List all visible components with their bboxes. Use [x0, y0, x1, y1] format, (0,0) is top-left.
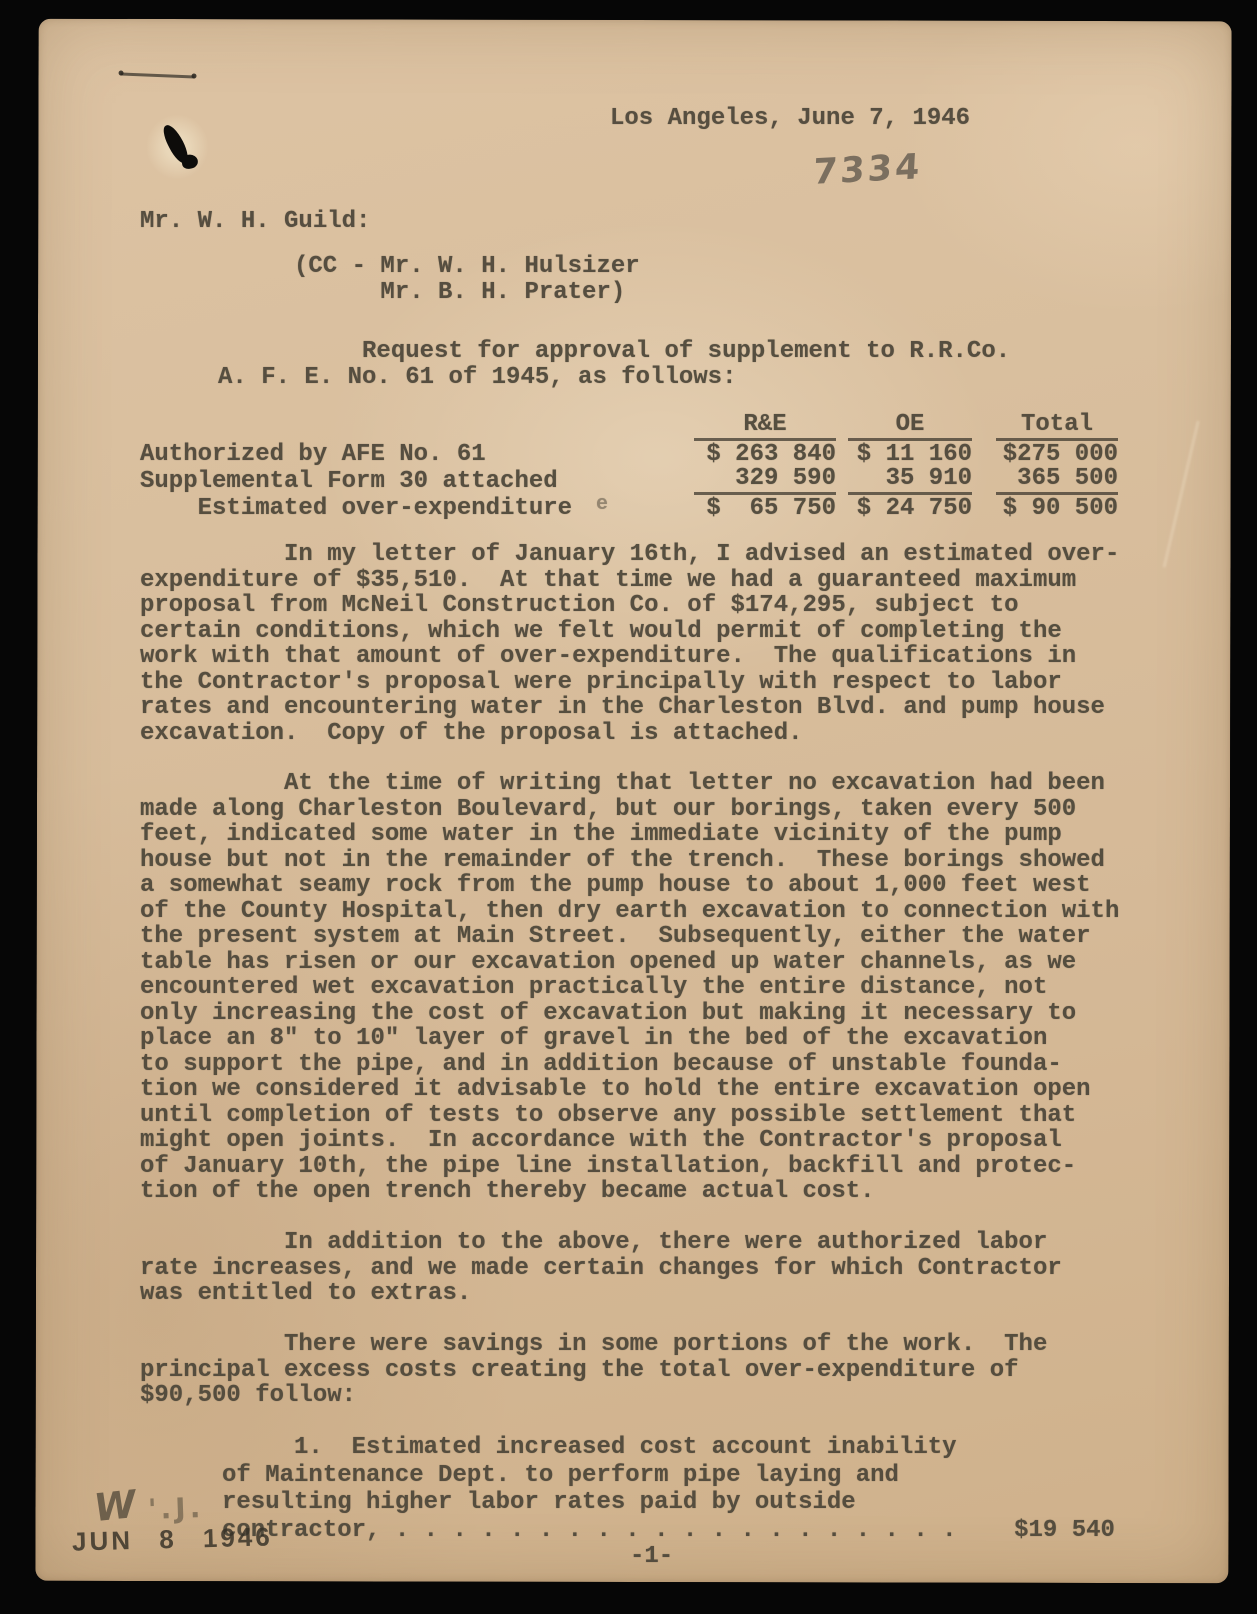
- paragraph-2: At the time of writing that letter no ex…: [140, 771, 1119, 1205]
- row-label: Estimated over-expenditure: [140, 496, 694, 522]
- column-header-oe: OE: [848, 412, 972, 441]
- table-row: Supplemental Form 30 attached 329 590 35…: [140, 468, 1118, 495]
- re-value: $ 65 750: [694, 496, 836, 522]
- paragraph-3: In addition to the above, there were aut…: [140, 1230, 1062, 1307]
- oe-value: $ 24 750: [848, 496, 972, 522]
- scanner-background: Los Angeles, June 7, 1946 7334 Mr. W. H.…: [0, 0, 1257, 1614]
- expenditure-table: R&E OE Total Authorized by AFE No. 61 $ …: [140, 414, 1118, 522]
- torn-punch-hole: [146, 115, 208, 179]
- handwritten-initials: W: [92, 1482, 138, 1530]
- row-label: Authorized by AFE No. 61: [140, 442, 694, 468]
- column-header-total: Total: [996, 412, 1118, 441]
- stray-type-mark: e: [596, 492, 608, 518]
- recipient-line: Mr. W. H. Guild:: [140, 209, 370, 235]
- total-value: 365 500: [996, 466, 1118, 495]
- oe-value: 35 910: [848, 466, 972, 495]
- page-number: -1-: [630, 1544, 673, 1570]
- received-date-stamp: JUN 8 1946: [72, 1521, 274, 1557]
- table-header-row: R&E OE Total: [140, 414, 1118, 441]
- list-item-1: 1. Estimated increased cost account inab…: [222, 1434, 1115, 1544]
- row-label: Supplemental Form 30 attached: [140, 469, 694, 495]
- column-header-re: R&E: [694, 412, 836, 441]
- subject-block: Request for approval of supplement to R.…: [218, 339, 1010, 391]
- table-row: Estimated over-expenditure $ 65 750 $ 24…: [140, 495, 1118, 522]
- handwritten-doc-number: 7334: [812, 147, 923, 193]
- paper-crease: [1163, 421, 1200, 568]
- staple-mark: [120, 73, 194, 78]
- re-value: 329 590: [694, 466, 836, 495]
- cc-block: (CC - Mr. W. H. Hulsizer Mr. B. H. Prate…: [294, 254, 640, 306]
- dateline: Los Angeles, June 7, 1946: [610, 106, 970, 132]
- handwritten-initials-2: '.J.: [147, 1491, 204, 1526]
- total-value: $ 90 500: [996, 496, 1118, 522]
- paragraph-1: In my letter of January 16th, I advised …: [140, 542, 1119, 746]
- paragraph-4: There were savings in some portions of t…: [140, 1332, 1047, 1409]
- hole-ink-blot: [160, 122, 192, 166]
- table-row: Authorized by AFE No. 61 $ 263 840 $ 11 …: [140, 441, 1118, 468]
